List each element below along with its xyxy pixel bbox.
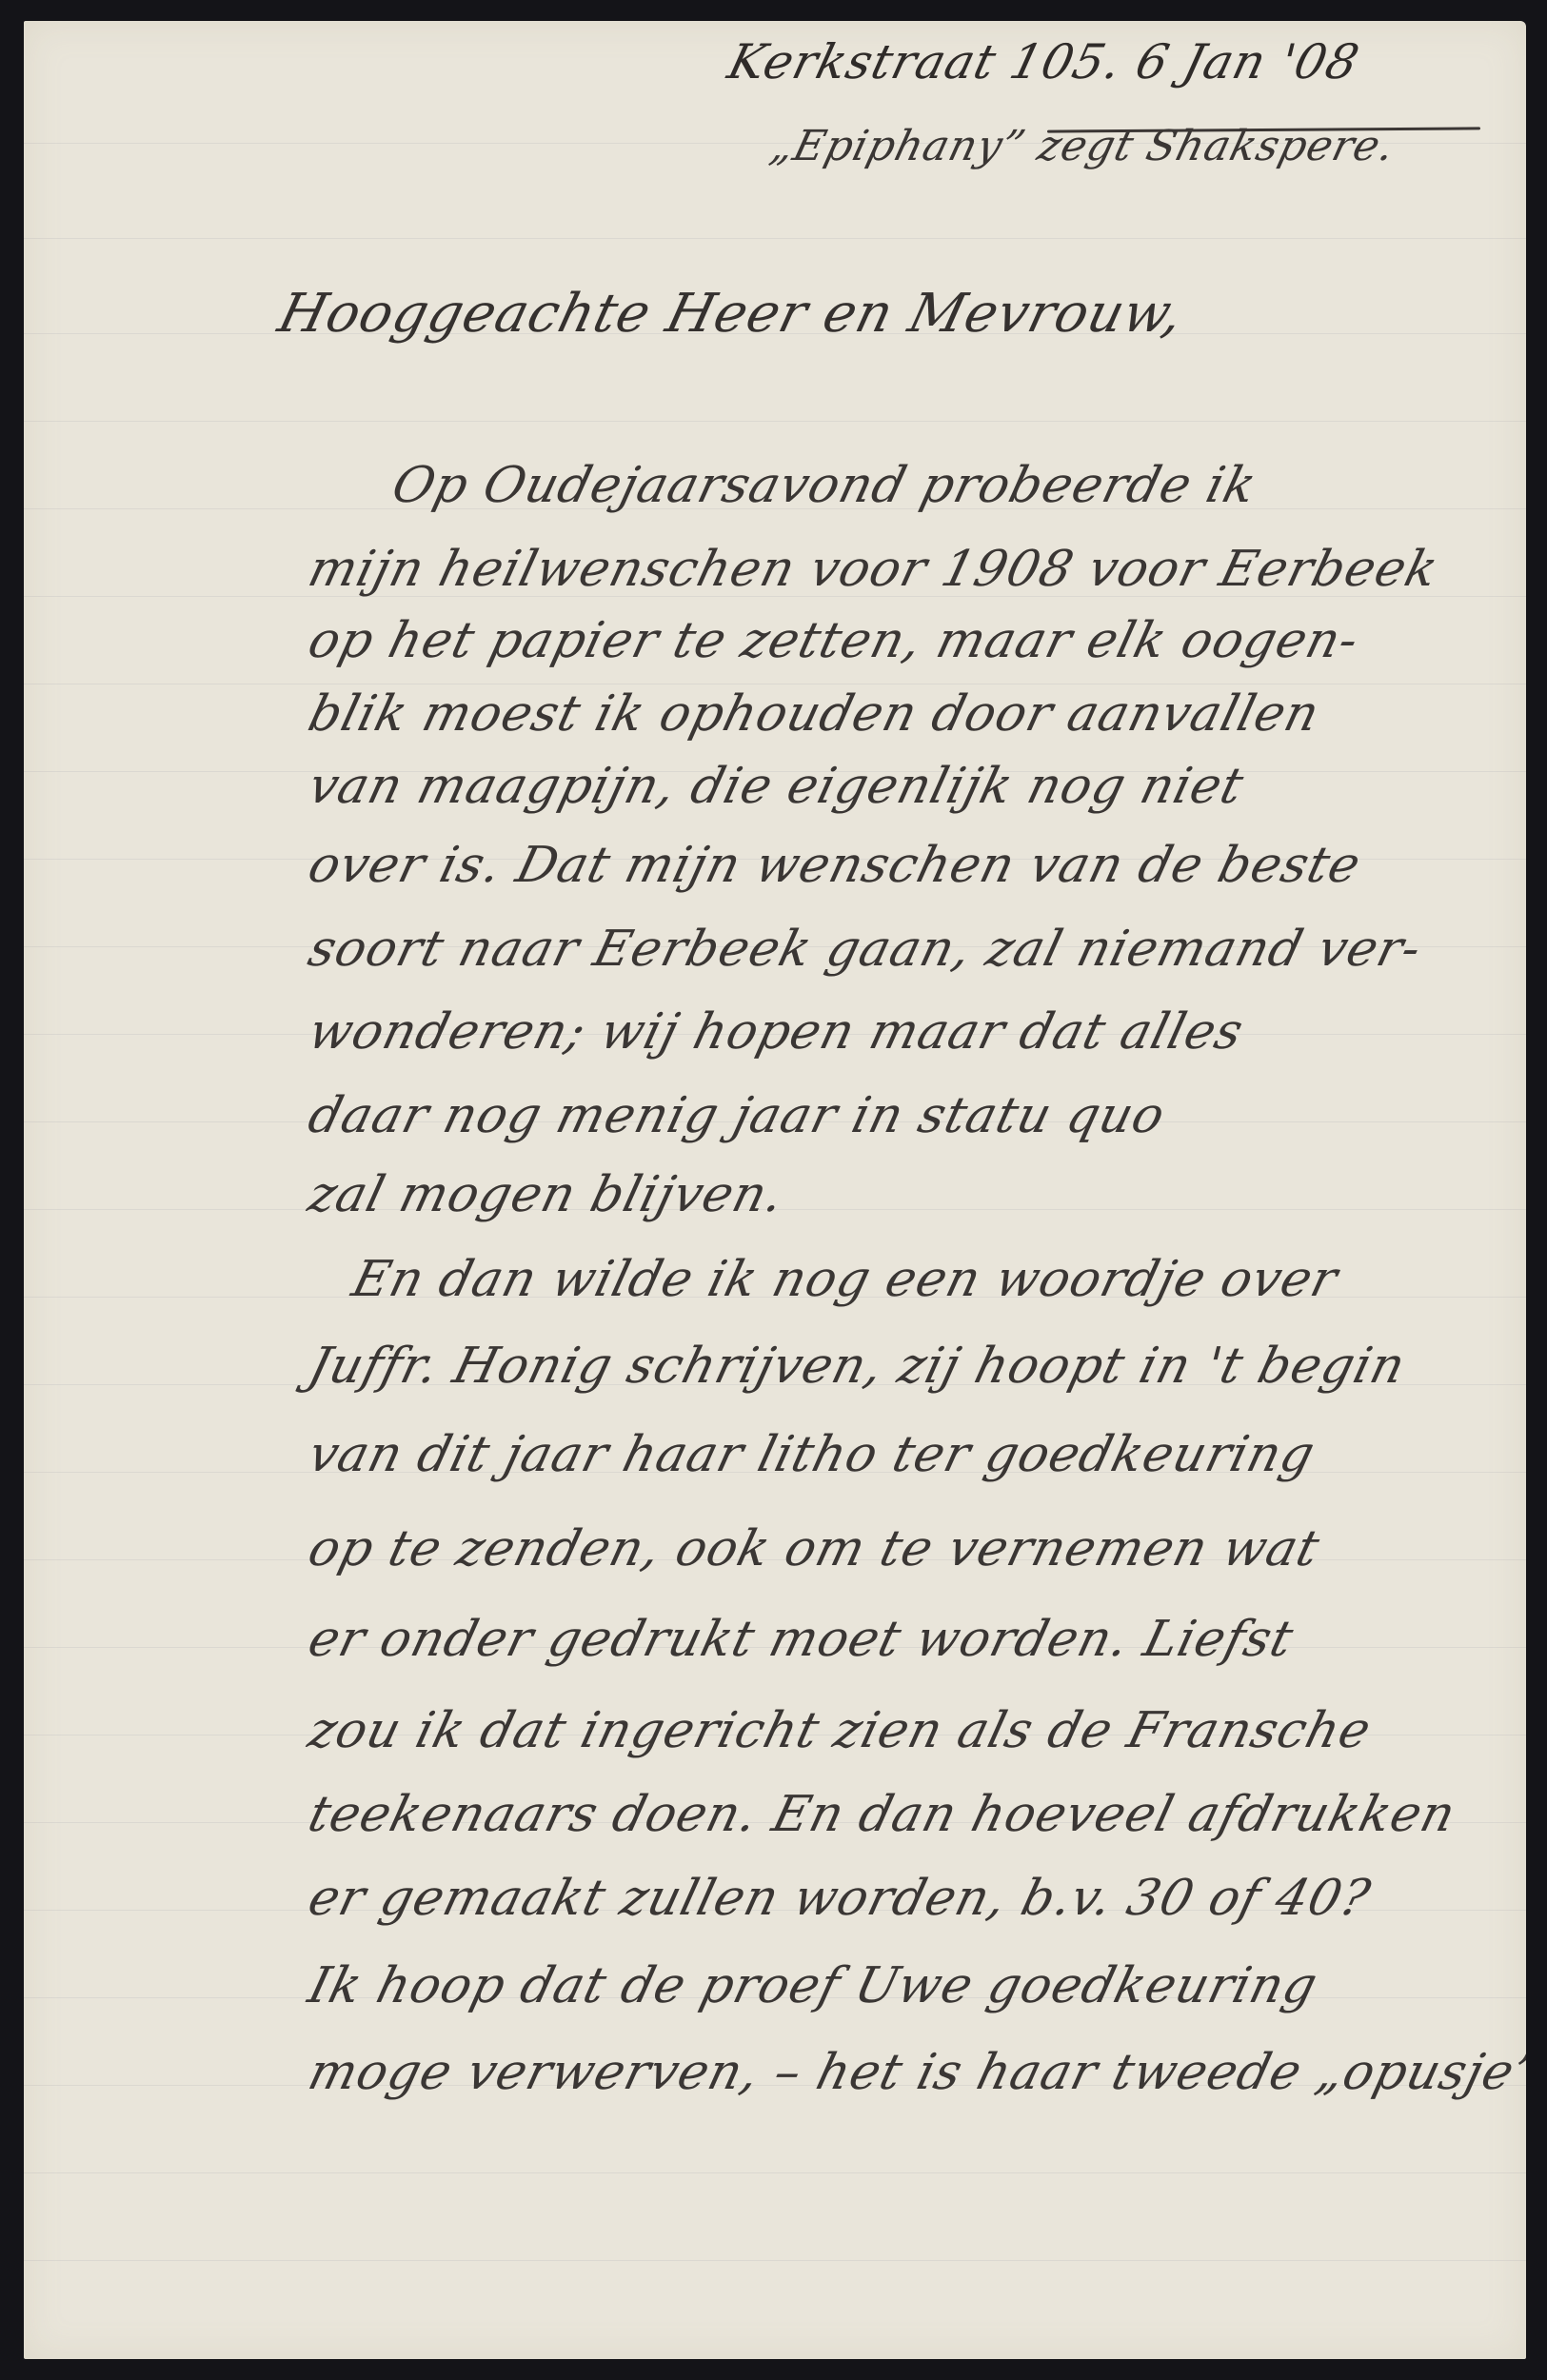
body-line: En dan wilde ik nog een woordje over [347,1255,1342,1304]
body-line: zal mogen blijven. [304,1170,789,1220]
body-line: er gemaakt zullen worden, b.v. 30 of 40? [304,1874,1376,1923]
body-line: over is. Dat mijn wenschen van de beste [304,841,1366,890]
ruled-line [24,238,1526,239]
header-note: „Epiphany” zegt Shakspere. [766,126,1399,168]
ruled-line [24,2260,1526,2261]
body-line: moge verwerven, – het is haar tweede „op… [304,2048,1526,2097]
ruled-line [24,2172,1526,2173]
body-line: er onder gedrukt moet worden. Liefst [304,1615,1299,1664]
body-line: blik moest ik ophouden door aanvallen [304,689,1324,739]
body-line: op het papier te zetten, maar elk oogen- [304,616,1364,665]
ruled-line [24,684,1526,684]
address-date: Kerkstraat 105. 6 Jan '08 [724,38,1364,86]
body-line: van dit jaar haar litho ter goedkeuring [304,1430,1319,1479]
body-line: van maagpijn, die eigenlijk nog niet [304,762,1249,811]
salutation: Hooggeachte Heer en Mevrouw, [273,288,1189,341]
body-line: teekenaars doen. En dan hoeveel afdrukke… [304,1790,1460,1839]
body-line: Op Oudejaarsavond probeerde ik [387,461,1261,510]
ruled-line [24,421,1526,422]
body-line: wonderen; wij hopen maar dat alles [304,1007,1248,1057]
body-line: op te zenden, ook om te vernemen wat [304,1524,1324,1574]
body-line: soort naar Eerbeek gaan, zal niemand ver… [304,924,1426,974]
body-line: zou ik dat ingericht zien als de Fransch… [304,1706,1377,1755]
body-line: daar nog menig jaar in statu quo [304,1091,1170,1140]
body-line: mijn heilwenschen voor 1908 voor Eerbeek [304,545,1443,594]
letter-page: Kerkstraat 105. 6 Jan '08 „Epiphany” zeg… [24,21,1526,2359]
body-line: Ik hoop dat de proef Uwe goedkeuring [304,1961,1322,2011]
body-line: Juffr. Honig schrijven, zij hoopt in 't … [304,1341,1411,1391]
